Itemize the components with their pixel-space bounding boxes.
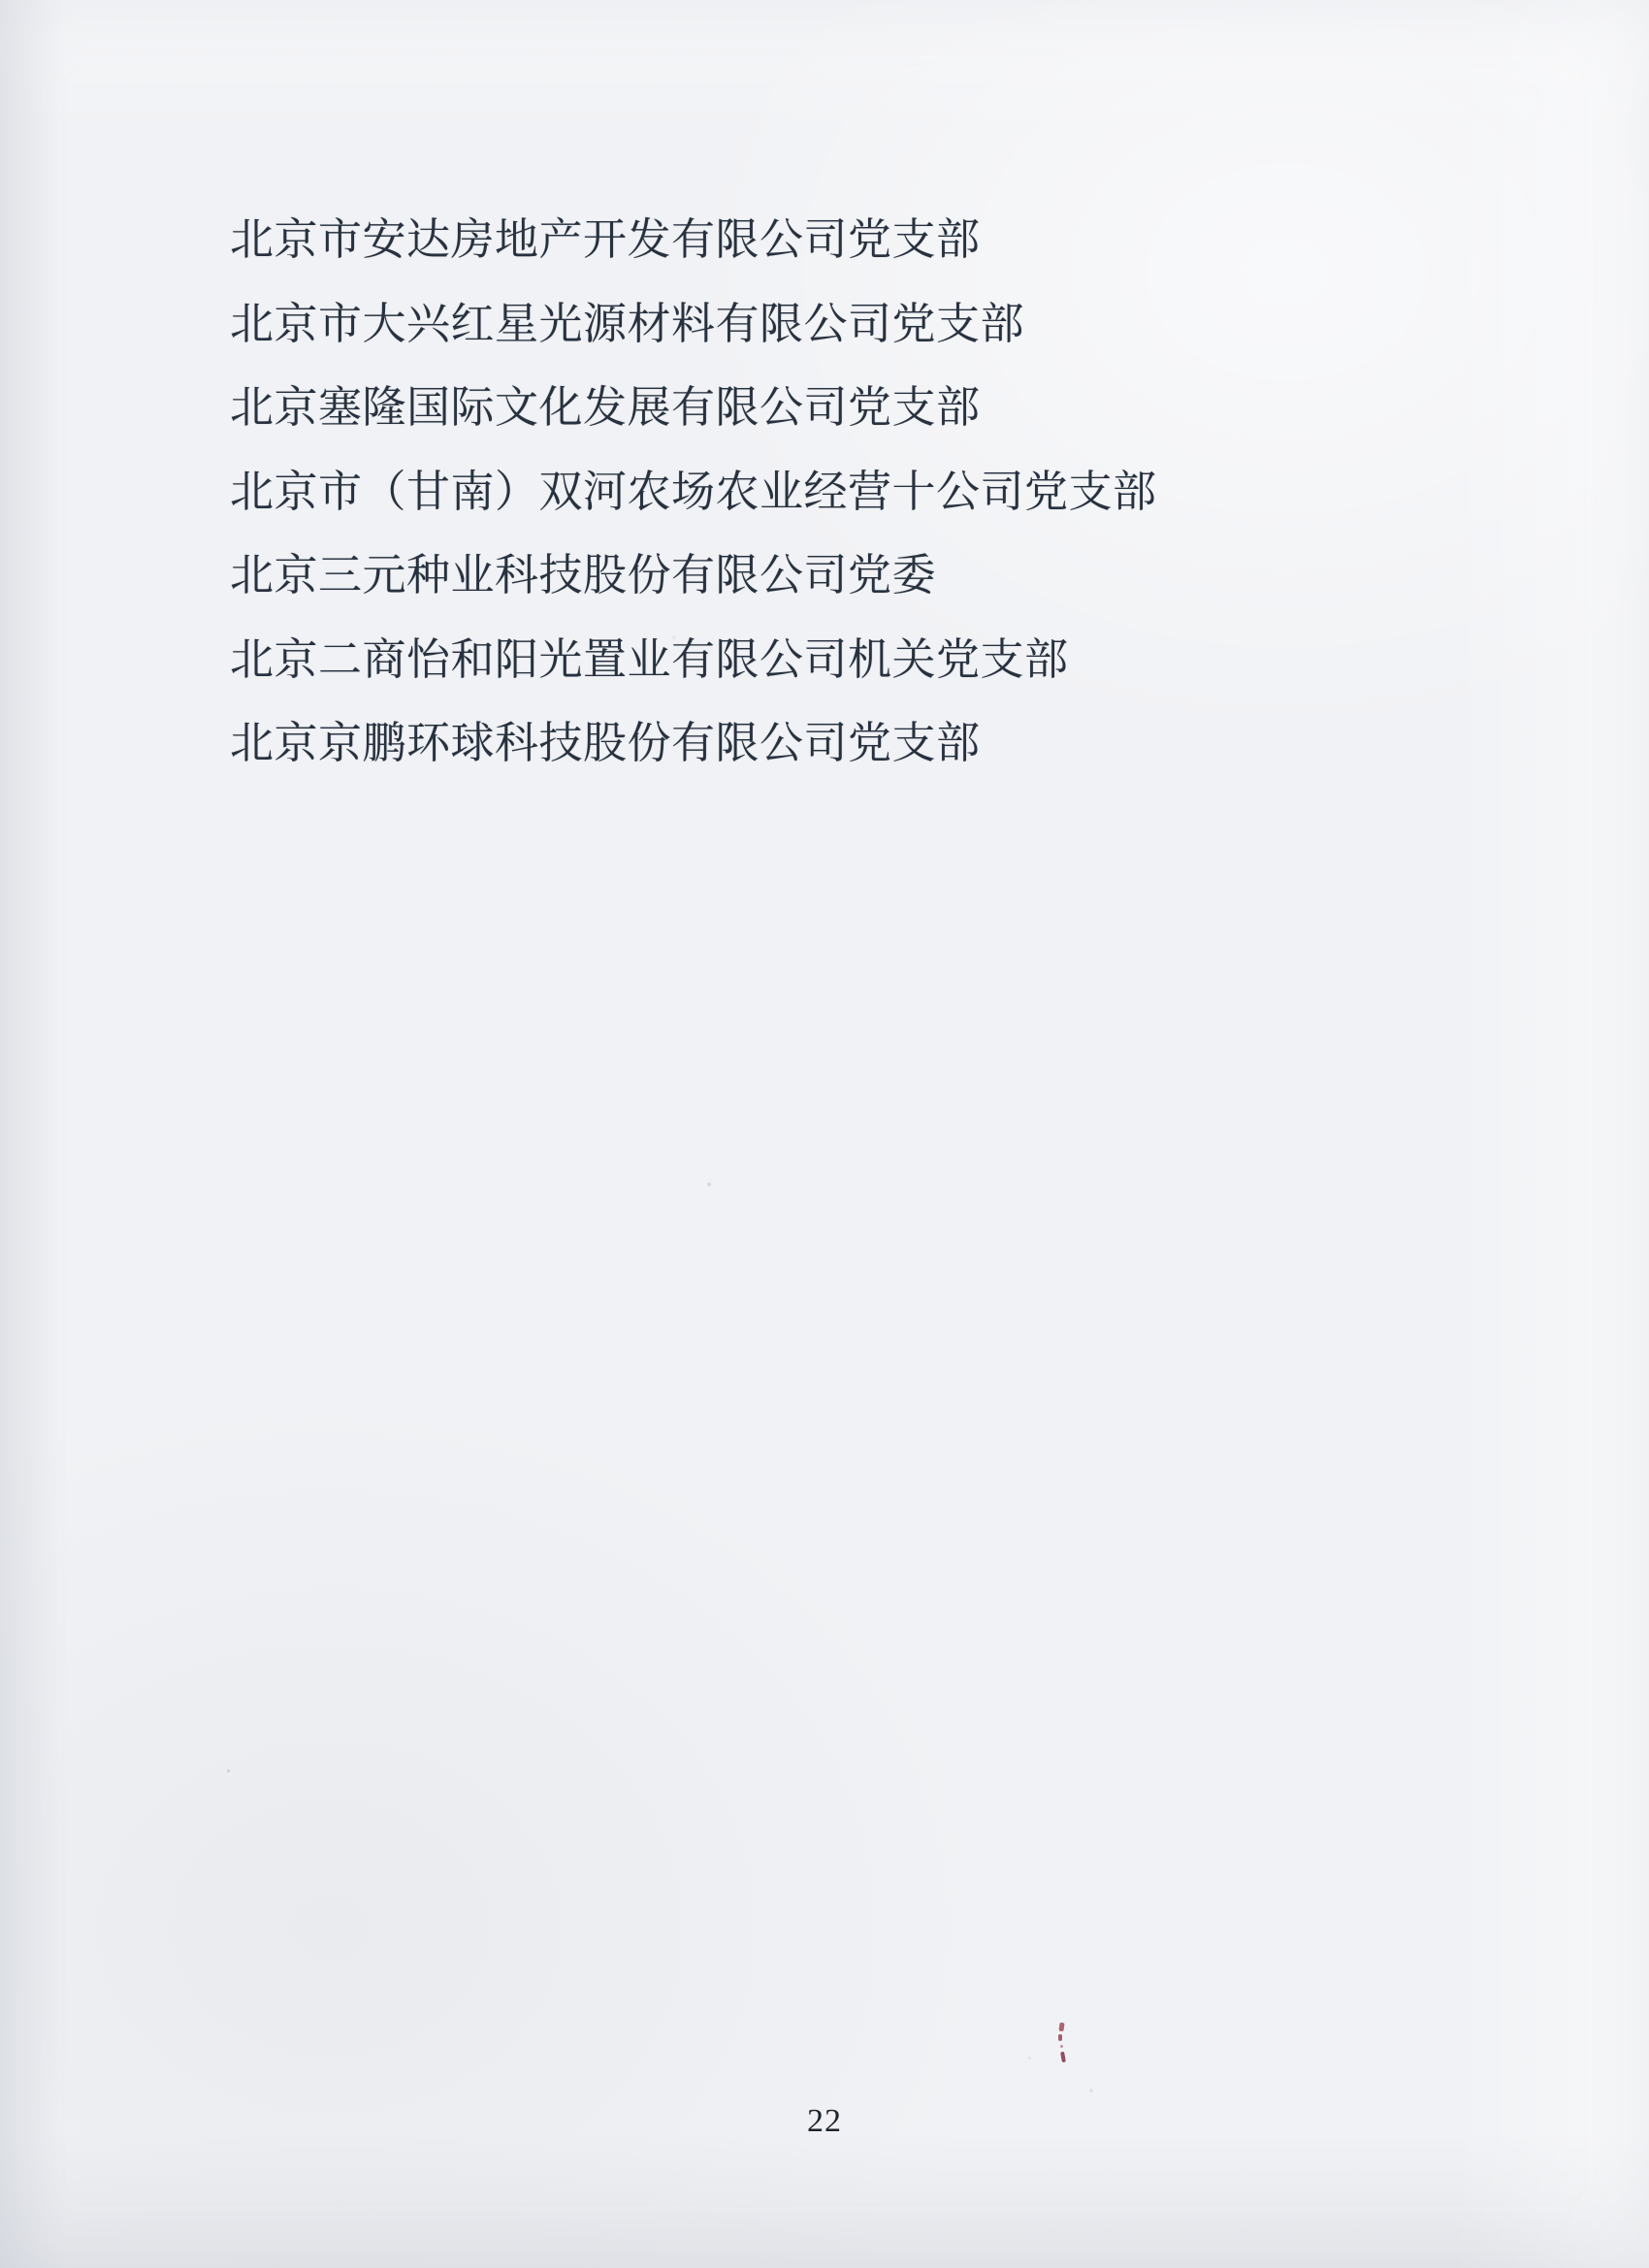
scan-dust-speck xyxy=(672,635,676,639)
organization-name-list: 北京市安达房地产开发有限公司党支部 北京市大兴红星光源材料有限公司党支部 北京塞… xyxy=(230,198,1491,786)
list-item: 北京三元种业科技股份有限公司党委 xyxy=(230,534,1491,618)
scan-dust-speck xyxy=(707,1183,711,1186)
red-ink-mark xyxy=(1058,2023,1066,2065)
list-item: 北京二商怡和阳光置业有限公司机关党支部 xyxy=(230,618,1491,702)
red-ink-speck xyxy=(1058,2034,1062,2041)
red-ink-speck xyxy=(1058,2023,1064,2032)
list-item: 北京市大兴红星光源材料有限公司党支部 xyxy=(230,282,1491,367)
red-ink-speck xyxy=(1060,2045,1063,2048)
list-item: 北京塞隆国际文化发展有限公司党支部 xyxy=(230,366,1491,450)
scan-dust-speck xyxy=(1089,2089,1093,2092)
page-number: 22 xyxy=(0,2103,1649,2140)
scan-dust-speck xyxy=(1028,2057,1031,2059)
list-item: 北京京鹏环球科技股份有限公司党支部 xyxy=(230,701,1491,786)
red-ink-speck xyxy=(1060,2052,1066,2063)
list-item: 北京市（甘南）双河农场农业经营十公司党支部 xyxy=(230,450,1491,535)
scanned-document-page: 北京市安达房地产开发有限公司党支部 北京市大兴红星光源材料有限公司党支部 北京塞… xyxy=(0,0,1649,2268)
scan-dust-speck xyxy=(227,1769,230,1772)
list-item: 北京市安达房地产开发有限公司党支部 xyxy=(230,198,1491,282)
